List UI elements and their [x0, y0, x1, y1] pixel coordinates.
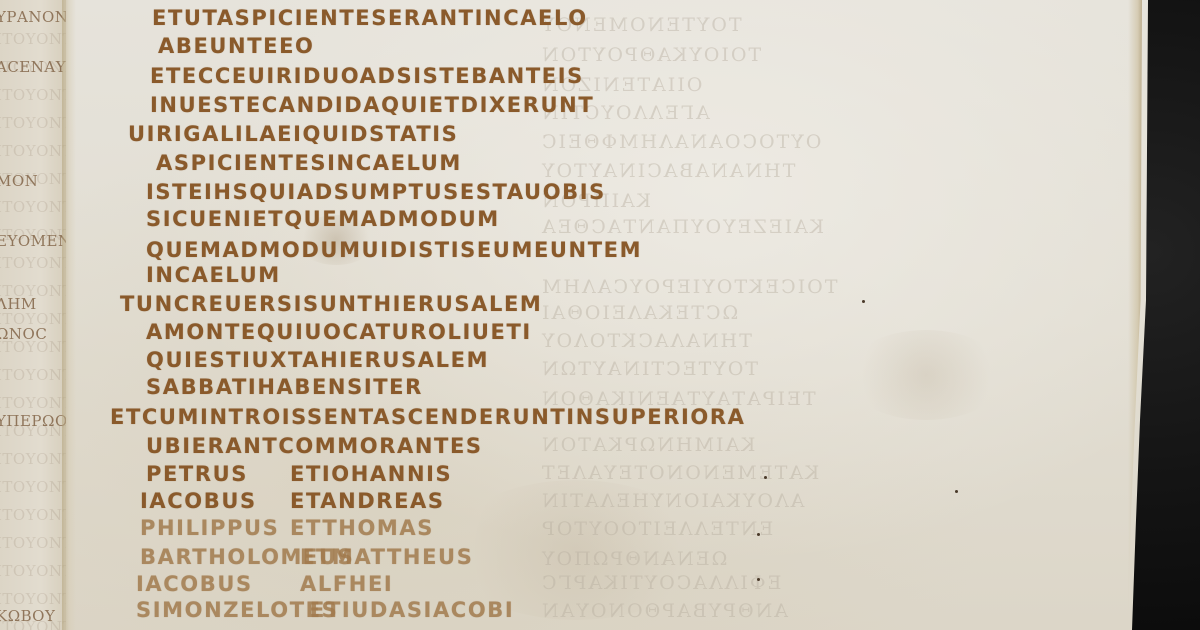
faint-greek-line: ΙΤΟΥΟΝΤΟ: [0, 310, 68, 328]
latin-text-line: SIMONZELOTES: [136, 598, 338, 622]
faint-greek-line: ΙΤΟΥΟΝΤΟ: [0, 394, 68, 412]
latin-text-line: QUEMADMODUMUIDISTISEUMEUNTEM: [146, 238, 642, 262]
latin-text-line: INCAELUM: [146, 263, 281, 287]
faint-greek-line: ΙΤΟΥΟΝΤΟ: [0, 534, 68, 552]
show-through-line: ΤΗΝΑΛΑCΚΤΟΛΟΥ: [540, 330, 752, 352]
show-through-line: ΤΟΙCΕΚΤΟΥΙΕΡΟΥCΑΛΗΜ: [540, 276, 837, 298]
faint-greek-line: ΙΤΟΥΟΝΤΟ: [0, 198, 68, 216]
latin-text-line: ETIOHANNIS: [290, 462, 452, 486]
latin-text-line: ETANDREAS: [290, 489, 445, 513]
faint-greek-line: ΙΤΟΥΟΝΤΟ: [0, 478, 68, 496]
show-through-line: ΑΝΘΡΥΒΑΡΘΟΝΟΥΑΝ: [540, 600, 788, 622]
show-through-line: ΑΛΟΥΚΑΙΟΝΥΗΕΛΑΤΙΝ: [540, 490, 804, 512]
latin-text-line: SABBATIHABENSITER: [146, 375, 423, 399]
latin-text-line: ETTHOMAS: [290, 516, 434, 540]
faint-greek-line: ΙΤΟΥΟΝΤΟ: [0, 254, 68, 272]
show-through-line: ΤΟΙΟΥΚΑΘΡΟΥΤΟΝ: [540, 44, 761, 66]
latin-text-line: ETECCEUIRIDUOADSISTEBANTEIS: [150, 64, 584, 88]
latin-text-line: AMONTEQUIUOCATUROLIUETI: [146, 320, 532, 344]
faint-greek-line: ΙΤΟΥΟΝΤΟ: [0, 450, 68, 468]
faint-greek-line: ΙΤΟΥΟΝΤΟ: [0, 338, 68, 356]
latin-text-line: ETIUDASIACOBI: [310, 598, 514, 622]
speck: [862, 300, 865, 303]
speck: [955, 490, 958, 493]
show-through-line: ΚΑΙΕΖΕΥΟΥΠΑΝΤΑCΘΕΑ: [540, 216, 824, 238]
faint-greek-line: ΙΤΟΥΟΝΤΟ: [0, 618, 68, 630]
faint-greek-line: ΙΤΟΥΟΝΤΟ: [0, 366, 68, 384]
latin-text-line: PETRUS: [146, 462, 248, 486]
show-through-line: ΕΝΤΕΛΛΕΙΤΟΟΥΤΟΡ: [540, 518, 773, 540]
latin-text-line: ETUTASPICIENTESERANTINCAELO: [152, 6, 588, 30]
latin-text-line: IACOBUS: [136, 572, 253, 596]
faint-greek-line: ΙΤΟΥΟΝΤΟ: [0, 142, 68, 160]
latin-text-line: UBIERANTCOMMORANTES: [146, 434, 483, 458]
show-through-line: ΤΟΥΤΕCΤΙΝΑΥΤΩΝ: [540, 358, 758, 380]
show-through-line: ΟΥΤΟCΟΑΝΑΛΗΜΦΘΕΙC: [540, 131, 821, 153]
speck: [757, 533, 760, 536]
latin-text-line: ABEUNTEEO: [158, 34, 315, 58]
latin-text-line: ETMATTHEUS: [300, 545, 473, 569]
manuscript-photo: ΥΡΑΝΟΝΑCΕΝΑΥΤΟΜΟΝΕΥΟΜΕΝΛΗΜΩΝΟCΥΠΕΡΩΟΝΚΩΒ…: [0, 0, 1200, 630]
latin-text-line: INUESTECANDIDAQUIETDIXERUNT: [150, 93, 594, 117]
latin-text-line: ALFHEI: [300, 572, 393, 596]
latin-text-line: ASPICIENTESINCAELUM: [156, 151, 462, 175]
latin-text-line: TUNCREUERSISUNTHIERUSALEM: [120, 292, 542, 316]
faint-greek-line: ΙΤΟΥΟΝΤΟ: [0, 86, 68, 104]
latin-text-line: UIRIGALILAEIQUIDSTATIS: [128, 122, 458, 146]
show-through-line: ΩCΤΕΚΑΛΕΙΟΘΑΙ: [540, 302, 738, 324]
latin-text-line: ETCUMINTROISSENTASCENDERUNTINSUPERIORA: [110, 405, 745, 429]
show-through-line: ΩΕΝΑΝΘΡΩΠΟΥ: [540, 548, 727, 570]
show-through-line: ΕΦΙΛΛΑCΟΥΤΙΚΑΡΓC: [540, 572, 781, 594]
latin-text-line: QUIESTIUXTAHIERUSALEM: [146, 348, 489, 372]
faint-greek-line: ΙΤΟΥΟΝΤΟ: [0, 226, 68, 244]
faint-greek-line: ΙΤΟΥΟΝΤΟ: [0, 282, 68, 300]
latin-text-line: PHILIPPUS: [140, 516, 279, 540]
faint-greek-line: ΙΤΟΥΟΝΤΟ: [0, 506, 68, 524]
show-through-line: ΚΑΙΜΗΝΩΡΚΑΤΟΝ: [540, 434, 755, 456]
greek-text-line: ΥΡΑΝΟΝ: [0, 8, 68, 26]
faint-greek-line: ΙΤΟΥΟΝΤΟ: [0, 30, 68, 48]
latin-text-line: IACOBUS: [140, 489, 257, 513]
faint-greek-line: ΙΤΟΥΟΝΤΟ: [0, 58, 68, 76]
faint-greek-line: ΙΤΟΥΟΝΤΟ: [0, 562, 68, 580]
show-through-line: ΤΗΝΑΝΑΒΑCΙΝΑΥΤΟΥ: [540, 160, 795, 182]
speck: [757, 578, 760, 581]
speck: [764, 476, 767, 479]
faint-greek-line: ΙΤΟΥΟΝΤΟ: [0, 114, 68, 132]
faint-greek-line: ΙΤΟΥΟΝΤΟ: [0, 422, 68, 440]
water-stain: [846, 330, 1006, 420]
latin-text-line: SICUENIETQUEMADMODUM: [146, 207, 500, 231]
show-through-line: ΚΑΤΕΜΕΝΟΝΟΤΕΥΑΛΕΤ: [540, 462, 819, 484]
left-folio-margin: ΥΡΑΝΟΝΑCΕΝΑΥΤΟΜΟΝΕΥΟΜΕΝΛΗΜΩΝΟCΥΠΕΡΩΟΝΚΩΒ…: [0, 0, 68, 630]
book-gutter: [62, 0, 76, 630]
faint-greek-line: ΙΤΟΥΟΝΤΟ: [0, 590, 68, 608]
faint-greek-line: ΙΤΟΥΟΝΤΟ: [0, 170, 68, 188]
latin-text-line: ISTEIHSQUIADSUMPTUSESTAUOBIS: [146, 180, 606, 204]
